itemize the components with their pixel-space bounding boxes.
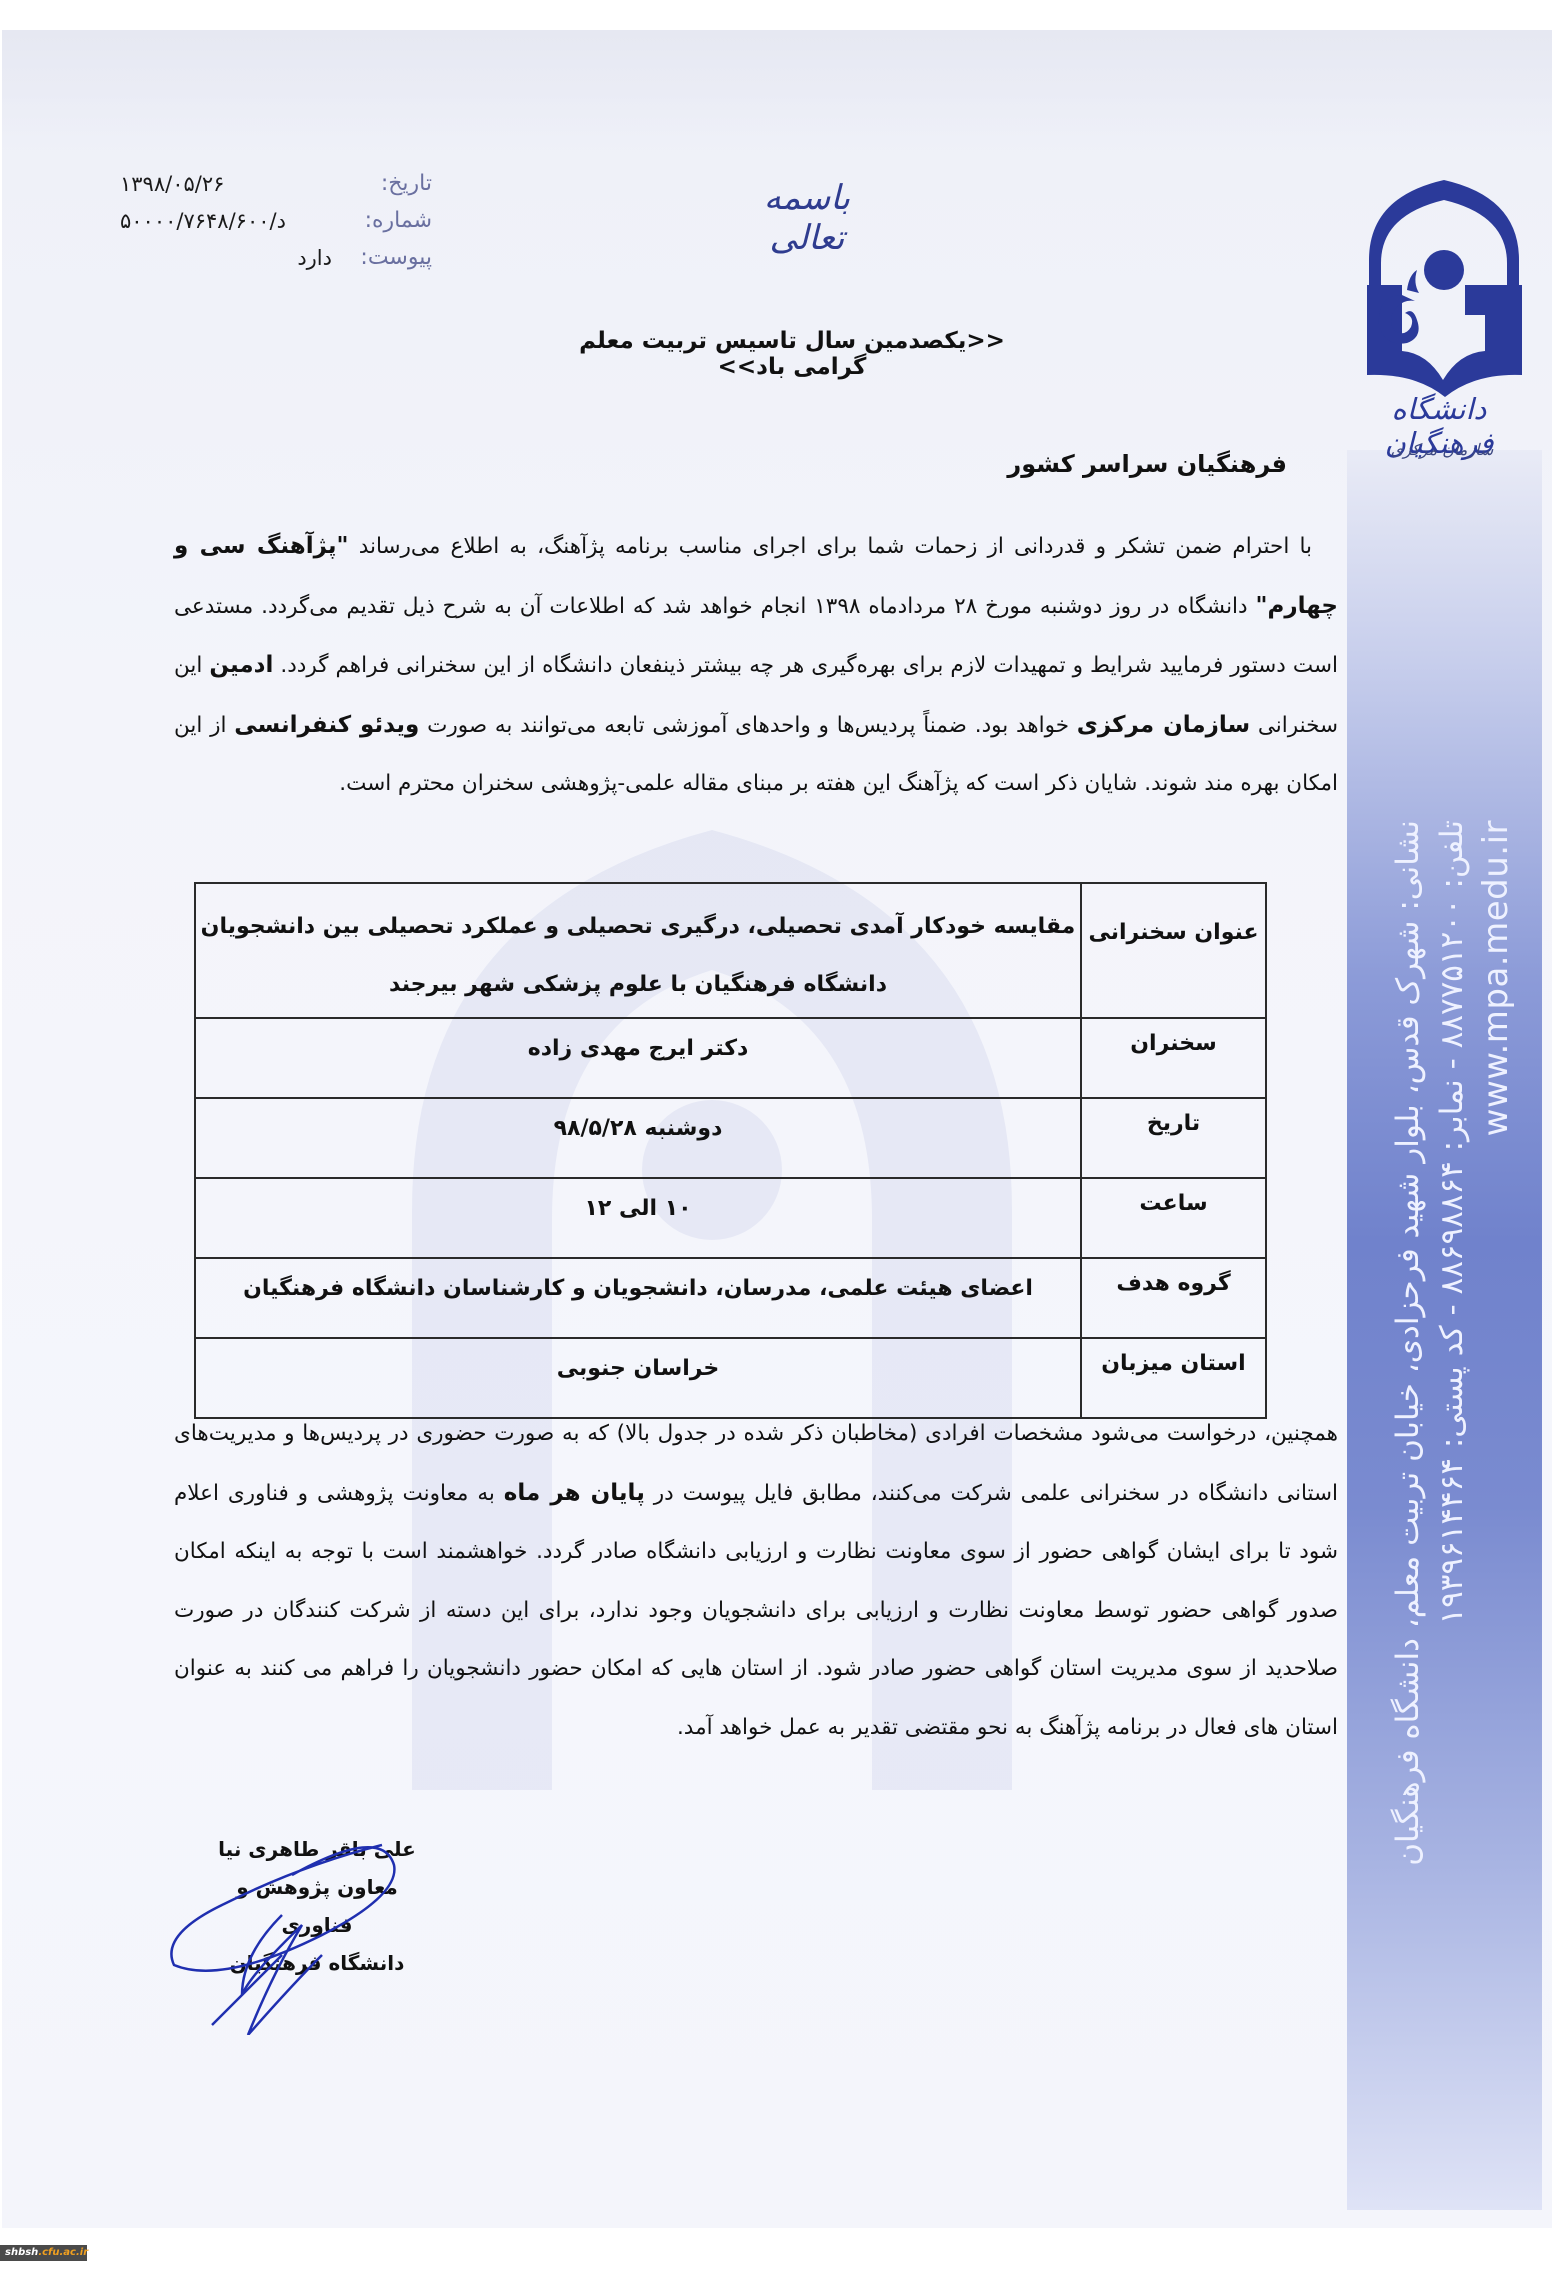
- address-block: نشانی: شهرک قدس، بلوار شهید فرحزادی، خیا…: [1382, 820, 1522, 1800]
- body-text-run: به معاونت پژوهشی و فناوری اعلام شود تا ب…: [174, 1481, 1338, 1740]
- signature-scribble-icon: [162, 1805, 442, 2035]
- table-row: عنوان سخنرانی مقایسه خودکار آمدی تحصیلی،…: [195, 883, 1266, 1018]
- website-url: www.mpa.medu.ir: [1474, 820, 1518, 1800]
- lecture-info-table: عنوان سخنرانی مقایسه خودکار آمدی تحصیلی،…: [194, 882, 1267, 1419]
- salutation: فرهنگیان سراسر کشور: [902, 450, 1287, 478]
- row-value-title: مقایسه خودکار آمدی تحصیلی، درگیری تحصیلی…: [195, 883, 1081, 1018]
- address-line: نشانی: شهرک قدس، بلوار شهید فرحزادی، خیا…: [1386, 820, 1430, 1800]
- meta-number-label: شماره:: [342, 208, 432, 233]
- emphasis-text: سازمان مرکزی: [1077, 712, 1250, 738]
- row-value-audience: اعضای هیئت علمی، مدرسان، دانشجویان و کار…: [195, 1258, 1081, 1338]
- row-label-speaker: سخنران: [1081, 1018, 1266, 1098]
- paragraph-request: همچنین، درخواست می‌شود مشخصات افرادی (مخ…: [174, 1405, 1338, 1757]
- body-text-run: خواهد بود. ضمناً پردیس‌ها و واحدهای آموز…: [419, 713, 1076, 738]
- meta-attachment-value: دارد: [112, 246, 342, 270]
- letter-page: نشانی: شهرک قدس، بلوار شهید فرحزادی، خیا…: [2, 30, 1552, 2228]
- row-label-time: ساعت: [1081, 1178, 1266, 1258]
- row-value-time: ۱۰ الی ۱۲: [195, 1178, 1081, 1258]
- table-row: تاریخ دوشنبه ۹۸/۵/۲۸: [195, 1098, 1266, 1178]
- row-value-speaker: دکتر ایرج مهدی زاده: [195, 1018, 1081, 1098]
- row-label-date: تاریخ: [1081, 1098, 1266, 1178]
- source-tag-host: shbsh: [5, 2247, 38, 2258]
- emphasis-text: پایان هر ماه: [504, 1480, 645, 1506]
- table-row: ساعت ۱۰ الی ۱۲: [195, 1178, 1266, 1258]
- motto-banner: <<یکصدمین سال تاسیس تربیت معلم گرامی باد…: [542, 328, 1042, 380]
- invocation-heading: باسمه تعالی: [737, 178, 877, 258]
- phone-line: تلفن: ۸۸۷۷۵۱۲۰۰ - نمابر: ۸۸۶۹۸۸۶۴ - کد پ…: [1430, 820, 1474, 1800]
- body-text-run: با احترام ضمن تشکر و قدردانی از زحمات شم…: [349, 534, 1312, 559]
- table-row: گروه هدف اعضای هیئت علمی، مدرسان، دانشجو…: [195, 1258, 1266, 1338]
- row-label-audience: گروه هدف: [1081, 1258, 1266, 1338]
- source-tag-domain: .cfu.ac.ir: [38, 2247, 88, 2258]
- logo-subtitle: سازمان مرکزی: [1367, 440, 1517, 459]
- university-logo-icon: [1357, 175, 1532, 405]
- row-value-date: دوشنبه ۹۸/۵/۲۸: [195, 1098, 1081, 1178]
- meta-attachment: پیوست: دارد: [112, 239, 432, 276]
- meta-date-value: ۱۳۹۸/۰۵/۲۶: [112, 172, 342, 196]
- meta-date-label: تاریخ:: [342, 171, 432, 196]
- letter-meta: تاریخ: ۱۳۹۸/۰۵/۲۶ شماره: د/۵۰۰۰۰/۷۶۴۸/۶۰…: [112, 165, 432, 276]
- table-row: سخنران دکتر ایرج مهدی زاده: [195, 1018, 1266, 1098]
- source-watermark-tag: shbsh.cfu.ac.ir: [0, 2245, 87, 2261]
- emphasis-text: ویدئو کنفرانسی: [234, 712, 419, 738]
- meta-attachment-label: پیوست:: [342, 245, 432, 270]
- meta-date: تاریخ: ۱۳۹۸/۰۵/۲۶: [112, 165, 432, 202]
- meta-number: شماره: د/۵۰۰۰۰/۷۶۴۸/۶۰۰: [112, 202, 432, 239]
- paragraph-intro: با احترام ضمن تشکر و قدردانی از زحمات شم…: [174, 517, 1338, 814]
- body-text-run: دانشگاه در روز دوشنبه مورخ ۲۸ مردادماه ۱…: [174, 594, 1338, 679]
- row-label-title: عنوان سخنرانی: [1081, 883, 1266, 1018]
- meta-number-value: د/۵۰۰۰۰/۷۶۴۸/۶۰۰: [112, 209, 342, 233]
- emphasis-text: ادمین: [209, 652, 273, 678]
